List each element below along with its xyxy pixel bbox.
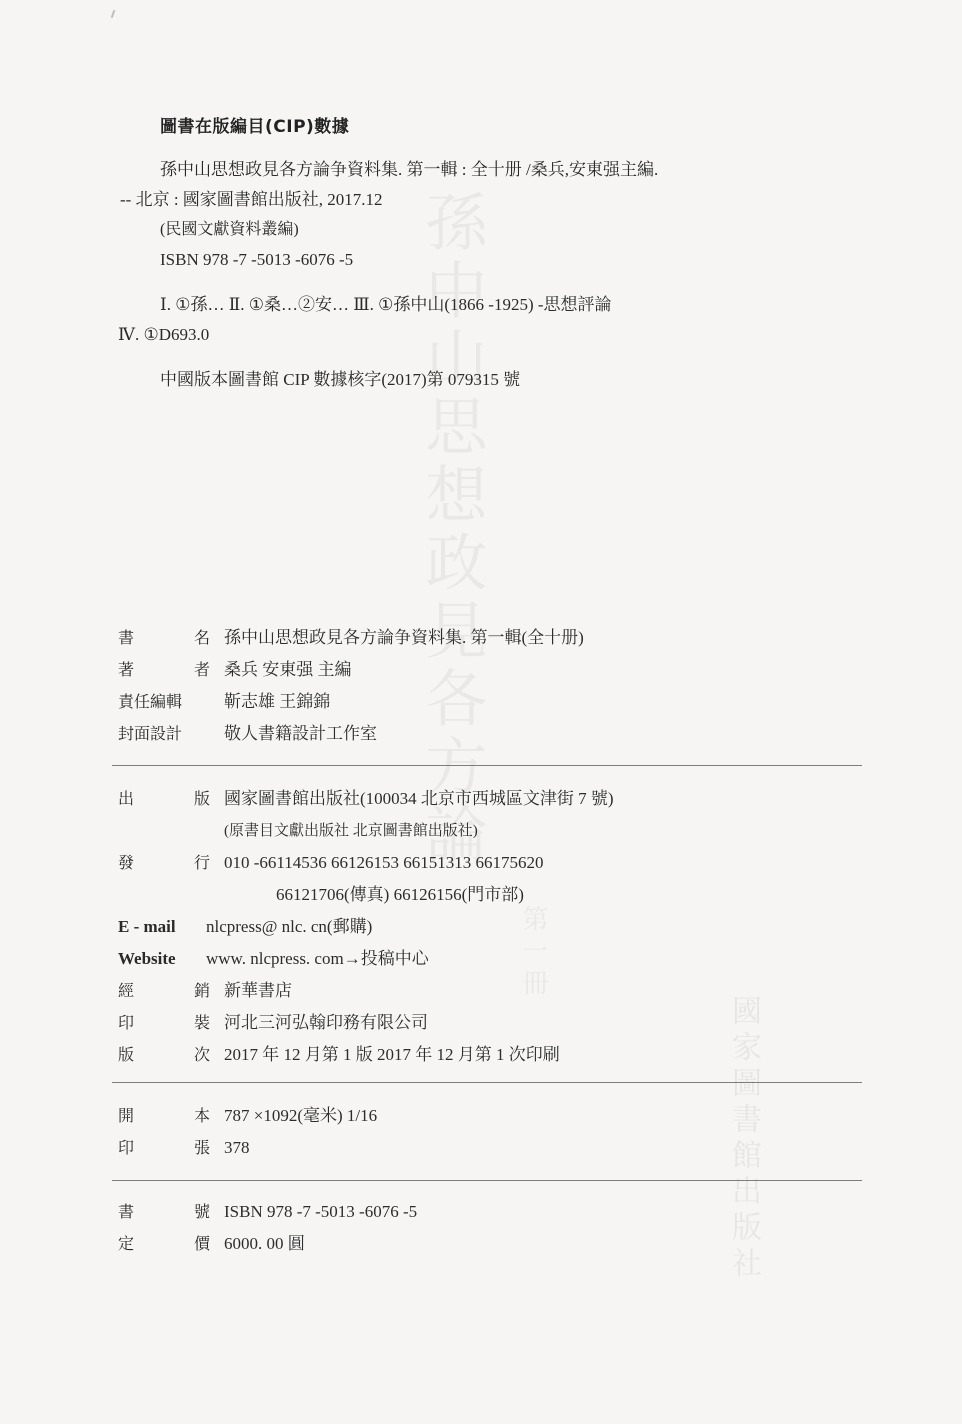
row-distribution: 發 行 010 -66114536 66126153 66151313 6617… xyxy=(118,847,878,879)
cip-isbn: ISBN 978 -7 -5013 -6076 -5 xyxy=(160,245,860,275)
publisher-value: 國家圖書館出版社(100034 北京市西城區文津街 7 號) xyxy=(210,783,614,815)
row-price: 定 價 6000. 00 圓 xyxy=(118,1228,878,1260)
printer-value: 河北三河弘翰印務有限公司 xyxy=(210,1007,428,1039)
label-printer: 印 裝 xyxy=(118,1007,210,1039)
row-publisher: 出 版 國家圖書館出版社(100034 北京市西城區文津街 7 號) xyxy=(118,783,878,815)
row-sheets: 印 張 378 xyxy=(118,1132,878,1164)
label-retailer: 經 銷 xyxy=(118,975,210,1007)
row-printer: 印 裝 河北三河弘翰印務有限公司 xyxy=(118,1007,878,1039)
editors-value: 靳志雄 王錦錦 xyxy=(210,686,330,718)
label-book-number: 書 號 xyxy=(118,1196,210,1228)
distribution-phones: 010 -66114536 66126153 66151313 66175620 xyxy=(210,847,544,879)
label-publisher: 出 版 xyxy=(118,783,210,815)
label-editors: 責任編輯 xyxy=(118,686,210,718)
email-value: nlcpress@ nlc. cn(郵購) xyxy=(206,911,372,943)
edition-value: 2017 年 12 月第 1 版 2017 年 12 月第 1 次印刷 xyxy=(210,1039,560,1071)
divider xyxy=(112,765,862,766)
label-website: Website xyxy=(118,943,206,975)
cip-block: 圖書在版編目(CIP)數據 孫中山思想政見各方論争資料集. 第一輯 : 全十册 … xyxy=(160,112,860,395)
label-price: 定 價 xyxy=(118,1228,210,1260)
scan-artifact xyxy=(111,10,116,18)
cip-verification-number: 中國版本圖書館 CIP 數據核字(2017)第 079315 號 xyxy=(160,365,860,395)
row-website: Website www. nlcpress. com→投稿中心 xyxy=(118,943,878,975)
label-distribution: 發 行 xyxy=(118,847,210,879)
divider xyxy=(112,1180,862,1181)
retailer-value: 新華書店 xyxy=(210,975,292,1007)
format-value: 787 ×1092(毫米) 1/16 xyxy=(210,1100,377,1132)
row-publisher-note: (原書目文獻出版社 北京圖書館出版社) xyxy=(118,815,878,847)
format-block: 開 本 787 ×1092(毫米) 1/16 印 張 378 xyxy=(118,1100,878,1164)
website-value: www. nlcpress. com→投稿中心 xyxy=(206,943,429,975)
row-format: 開 本 787 ×1092(毫米) 1/16 xyxy=(118,1100,878,1132)
row-authors: 著 者 桑兵 安東强 主編 xyxy=(118,654,878,686)
credits-block: 書 名 孫中山思想政見各方論争資料集. 第一輯(全十册) 著 者 桑兵 安東强 … xyxy=(118,622,878,750)
label-sheets: 印 張 xyxy=(118,1132,210,1164)
cover-design-value: 敬人書籍設計工作室 xyxy=(210,718,377,750)
cip-classification: Ⅰ. ①孫… Ⅱ. ①桑…②安… Ⅲ. ①孫中山(1866 -1925) -思想… xyxy=(160,290,860,320)
distribution-fax-store: 66121706(傳真) 66126156(門市部) xyxy=(118,879,524,911)
divider xyxy=(112,1082,862,1083)
publication-block: 出 版 國家圖書館出版社(100034 北京市西城區文津街 7 號) (原書目文… xyxy=(118,783,878,1071)
isbn-price-block: 書 號 ISBN 978 -7 -5013 -6076 -5 定 價 6000.… xyxy=(118,1196,878,1260)
label-edition: 版 次 xyxy=(118,1039,210,1071)
label-cover-design: 封面設計 xyxy=(118,718,210,750)
row-edition: 版 次 2017 年 12 月第 1 版 2017 年 12 月第 1 次印刷 xyxy=(118,1039,878,1071)
cip-imprint-line: -- 北京 : 國家圖書館出版社, 2017.12 xyxy=(120,185,860,215)
row-distribution-cont: 66121706(傳真) 66126156(門市部) xyxy=(118,879,878,911)
row-editors: 責任編輯 靳志雄 王錦錦 xyxy=(118,686,878,718)
row-retailer: 經 銷 新華書店 xyxy=(118,975,878,1007)
row-cover-design: 封面設計 敬人書籍設計工作室 xyxy=(118,718,878,750)
isbn-value: ISBN 978 -7 -5013 -6076 -5 xyxy=(210,1196,417,1228)
label-authors: 著 者 xyxy=(118,654,210,686)
row-book-number: 書 號 ISBN 978 -7 -5013 -6076 -5 xyxy=(118,1196,878,1228)
copyright-page: 孫中山思想政見各方論 國家圖書館出版社 第一冊 圖書在版編目(CIP)數據 孫中… xyxy=(0,0,962,1424)
price-value: 6000. 00 圓 xyxy=(210,1228,305,1260)
row-book-title: 書 名 孫中山思想政見各方論争資料集. 第一輯(全十册) xyxy=(118,622,878,654)
cip-title-line: 孫中山思想政見各方論争資料集. 第一輯 : 全十册 /桑兵,安東强主編. xyxy=(160,155,860,185)
authors-value: 桑兵 安東强 主編 xyxy=(210,654,352,686)
publisher-former-names: (原書目文獻出版社 北京圖書館出版社) xyxy=(118,815,478,847)
label-email: E - mail xyxy=(118,911,206,943)
label-book-title: 書 名 xyxy=(118,622,210,654)
sheets-value: 378 xyxy=(210,1132,250,1164)
cip-series: (民國文獻資料叢編) xyxy=(160,215,860,245)
book-title-value: 孫中山思想政見各方論争資料集. 第一輯(全十册) xyxy=(210,622,584,654)
label-format: 開 本 xyxy=(118,1100,210,1132)
row-email: E - mail nlcpress@ nlc. cn(郵購) xyxy=(118,911,878,943)
cip-classification-number: Ⅳ. ①D693.0 xyxy=(118,320,860,350)
cip-title: 圖書在版編目(CIP)數據 xyxy=(160,112,860,142)
